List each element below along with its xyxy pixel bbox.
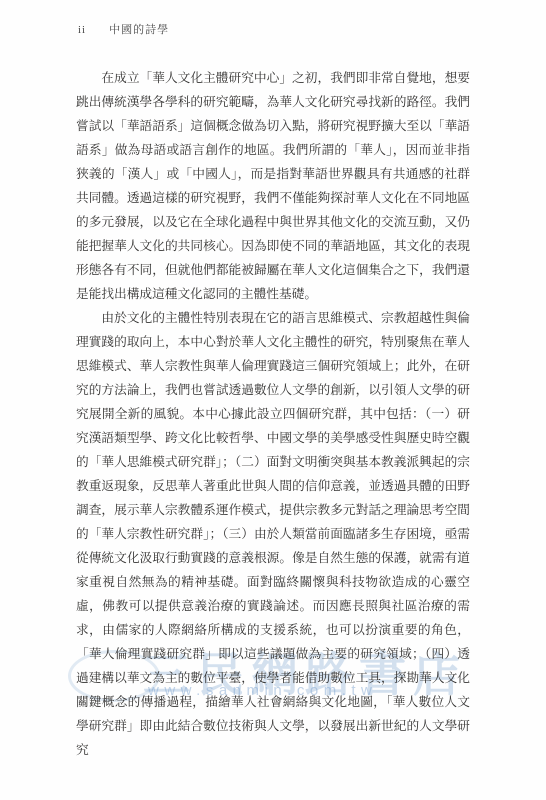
paragraph-2: 由於文化的主體性特別表現在它的語言思維模式、宗教超越性與倫理實踐的取向上，本中心…: [76, 306, 470, 762]
page-number: ii: [78, 24, 86, 36]
running-title: 中國的詩學: [109, 21, 169, 37]
running-header: ii 中國的詩學: [78, 21, 169, 37]
page-body-text: 在成立「華人文化主體研究中心」之初，我們即非常自覺地，想要跳出傳統漢學各學科的研…: [76, 66, 470, 762]
paragraph-1: 在成立「華人文化主體研究中心」之初，我們即非常自覺地，想要跳出傳統漢學各學科的研…: [76, 66, 470, 306]
book-page: ii 中國的詩學 三民網路書店 www.sanmin.com.tw 在成立「華人…: [0, 0, 546, 800]
